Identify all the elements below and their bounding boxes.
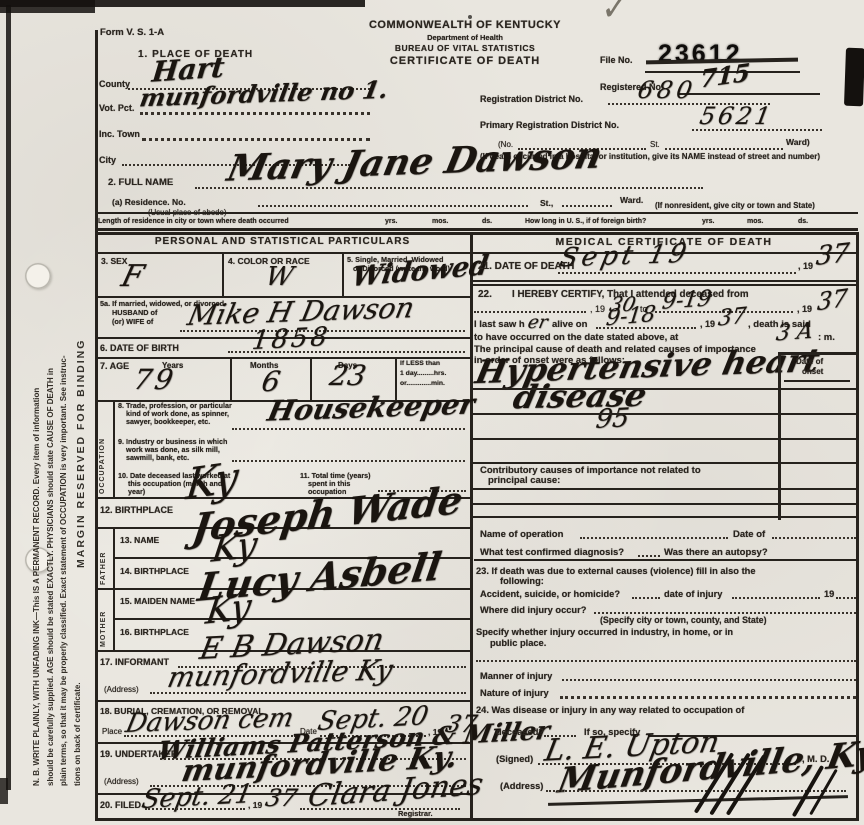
department-subtitle: Department of Health <box>330 34 600 42</box>
death-certificate-scan: ✓ N. B. WRITE PLAINLY, WITH UNFADING INK… <box>0 0 864 825</box>
if-less-line1: If LESS than <box>400 361 440 368</box>
scan-mark-bottom-left <box>0 778 8 804</box>
age-years-divider <box>230 357 232 400</box>
pencil-check-mark: ✓ <box>595 0 631 28</box>
ward-label: Ward) <box>786 138 810 147</box>
father-vertical-label: FATHER <box>100 529 107 585</box>
external-causes-line1: 23. If death was due to external causes … <box>476 567 756 576</box>
margin-note-line1: N. B. WRITE PLAINLY, WITH UNFADING INK—T… <box>30 211 44 786</box>
operation-date-label: Date of <box>733 530 765 540</box>
lastsaw-text2: alive on <box>552 320 587 330</box>
age-days-value: 23 <box>328 362 369 390</box>
dod-year-pre: , 19 <box>798 262 813 271</box>
residence-st-blank <box>562 205 612 207</box>
deceased-label: deceased? <box>496 728 544 737</box>
cause-rule-1 <box>472 388 778 390</box>
filed-year-value: 37 <box>263 786 299 810</box>
margin-note-line2: should be carefully supplied. AGE should… <box>44 211 58 786</box>
inc-town-blank <box>142 138 370 141</box>
registration-district-label: Registration District No. <box>480 95 583 104</box>
cause-rule-2 <box>472 413 778 415</box>
cause-rule-3 <box>472 438 778 440</box>
onset-rule-3 <box>781 438 856 440</box>
row6-bottom <box>95 357 470 359</box>
physician-address-label: (Address) <box>500 782 543 791</box>
registrar-label: Registrar. <box>398 810 433 818</box>
dod-year-value: 37 <box>815 240 851 270</box>
table-top-border <box>95 232 858 235</box>
form-number: Form V. S. 1-A <box>100 28 164 38</box>
street-label: St. <box>650 141 660 149</box>
color-marital-divider <box>342 252 344 296</box>
us-mos-label: mos. <box>747 218 763 225</box>
signed-label: (Signed) <box>496 755 533 764</box>
date-injury-label: date of injury <box>664 590 722 599</box>
injury-19-label: 19 <box>824 590 834 599</box>
onset-label-line1: Date of <box>796 358 823 366</box>
residence-no-blank <box>258 205 528 207</box>
primary-district-value: 5621 <box>698 104 775 128</box>
cause-rule-4 <box>472 462 778 464</box>
registered-no-rule <box>678 93 820 95</box>
county-label: County <box>99 80 130 89</box>
cause-code-value: 95 <box>594 405 630 433</box>
full-name-label: 2. FULL NAME <box>108 178 173 188</box>
mother-maiden-label: 15. MAIDEN NAME <box>120 597 195 606</box>
certify-year-value: 37 <box>816 286 848 315</box>
sex-color-divider <box>222 252 224 296</box>
birthplace-label: 12. BIRTHPLACE <box>100 506 173 515</box>
residence-rule <box>95 212 858 214</box>
last-worked-line3: year) <box>128 488 145 495</box>
trade-blank <box>232 428 465 430</box>
informant-label: 17. INFORMANT <box>100 658 169 667</box>
onset-label-line2: onset <box>802 368 823 376</box>
husband-label-line3: (or) WIFE of <box>112 318 153 325</box>
us-ds-label: ds. <box>798 218 808 225</box>
how-long-us-label: How long in U. S., if of foreign birth? <box>525 218 646 225</box>
industry-blank <box>232 460 465 462</box>
scan-blob-right <box>844 48 864 107</box>
burial-place-label: Place <box>102 728 122 736</box>
dob-blank <box>228 351 465 353</box>
certify-from-year-pre: , 19 <box>590 305 605 314</box>
informant-address-label: (Address) <box>104 686 139 694</box>
length-residence-label: Length of residence in city or town wher… <box>98 218 289 225</box>
where-injury-note: (Specify city or town, county, and State… <box>600 616 767 625</box>
residence-ward-label: Ward. <box>620 196 643 205</box>
margin-binding-label: MARGIN RESERVED FOR BINDING <box>76 288 87 568</box>
operation-blank <box>580 537 728 539</box>
age-label: 7. AGE <box>100 362 129 371</box>
us-yrs-label: yrs. <box>702 218 714 225</box>
filed-label: 20. FILED <box>100 801 141 810</box>
physician-address-blank <box>546 790 846 792</box>
age-years-value: 79 <box>132 366 179 394</box>
occupation-related-line1: 24. Was disease or injury in any way rel… <box>476 706 744 715</box>
lastsaw-blank <box>596 327 696 329</box>
undertaker-address-label: (Address) <box>104 778 139 786</box>
vot-pct-blank <box>140 112 370 115</box>
primary-district-blank <box>692 129 822 131</box>
occupation-strip-divider <box>113 400 115 497</box>
certify-to-date: 9-19 <box>660 288 712 314</box>
row15-bottom <box>113 618 470 620</box>
father-name-label: 13. NAME <box>120 536 159 545</box>
informant-address-blank <box>150 692 466 694</box>
mother-vertical-label: MOTHER <box>100 591 107 647</box>
table-bottom-border <box>95 818 858 821</box>
registrar-blank <box>300 808 460 810</box>
external-causes-line2: following: <box>500 577 544 586</box>
industry-label-line3: sawmill, bank, etc. <box>126 454 189 461</box>
dob-value: 1858 <box>250 324 331 354</box>
mother-birthplace-value: Ky <box>204 589 254 630</box>
table-top-rule <box>95 228 858 231</box>
operation-date-blank <box>772 537 856 539</box>
scan-edge-left <box>6 5 11 790</box>
color-race-value: W <box>263 264 295 290</box>
length-mos-label: mos. <box>432 218 448 225</box>
nonresident-note: (If nonresident, give city or town and S… <box>655 202 815 210</box>
manner-injury-label: Manner of injury <box>480 672 552 681</box>
onset-rule-1 <box>781 388 856 390</box>
lastsaw-her: er <box>526 314 549 332</box>
manner-injury-blank <box>562 679 856 681</box>
date-injury-blank <box>732 597 820 599</box>
contrib-rule-1 <box>472 488 856 490</box>
specify-blank <box>476 660 856 662</box>
operation-label: Name of operation <box>480 530 563 540</box>
if-less-line2: 1 day.........hrs. <box>400 371 446 378</box>
certify-year-pre: , 19 <box>797 305 812 314</box>
onset-underline <box>784 380 850 382</box>
row21-double-rule-b <box>470 284 858 286</box>
residence-label: (a) Residence. No. <box>112 198 186 207</box>
accident-label: Accident, suicide, or homicide? <box>480 590 620 599</box>
contributory-line2: principal cause: <box>488 476 560 486</box>
margin-note-line3: plain terms, so that it may be properly … <box>57 211 71 786</box>
row21-double-rule-a <box>470 280 858 282</box>
test-label: What test confirmed diagnosis? <box>480 548 624 558</box>
form-left-border <box>95 30 98 821</box>
injury-19-blank <box>836 597 856 599</box>
primary-district-label: Primary Registration District No. <box>480 121 619 130</box>
specify-line2: public place. <box>490 639 546 648</box>
lastsaw-year-pre: , 19 <box>700 320 715 329</box>
residence-st-label: St., <box>540 199 553 208</box>
scan-edge-top-corner <box>0 0 95 13</box>
date-of-death-blank <box>558 272 796 274</box>
test-blank <box>638 555 660 557</box>
street-blank <box>665 148 783 150</box>
full-name-blank <box>195 187 703 189</box>
vot-pct-label: Vot. Pct. <box>99 104 134 113</box>
accident-blank <box>632 597 660 599</box>
item22-number: 22. <box>478 290 492 300</box>
mother-birthplace-label: 16. BIRTHPLACE <box>120 628 189 637</box>
trade-label-line3: sawyer, bookkeeper, etc. <box>126 418 210 425</box>
contrib-rule-2 <box>472 503 856 505</box>
if-less-line3: or.............min. <box>400 381 445 388</box>
onset-box-top <box>778 352 856 355</box>
birthplace-value: Ky <box>184 456 240 506</box>
husband-label-line2: HUSBAND of <box>112 309 157 316</box>
sex-value: F <box>118 262 146 292</box>
registered-no-value: 715 <box>699 60 750 91</box>
specify-line1: Specify whether injury occurred in indus… <box>476 628 733 637</box>
trade-value: Housekeeper <box>265 390 477 425</box>
length-yrs-label: yrs. <box>385 218 397 225</box>
occupation-vertical-label: OCCUPATION <box>99 399 106 494</box>
city-label: City <box>99 156 116 165</box>
where-injury-label: Where did injury occur? <box>480 606 586 615</box>
form-right-border <box>856 232 859 821</box>
registration-district-value: 680 <box>636 78 698 102</box>
vot-pct-value: munfordville no 1. <box>138 78 390 111</box>
sex-label: 3. SEX <box>101 257 127 266</box>
informant-address-value: munfordville Ky <box>165 656 395 692</box>
nature-injury-blank <box>560 696 856 699</box>
autopsy-rule <box>474 559 856 561</box>
father-birthplace-label: 14. BIRTHPLACE <box>120 567 189 576</box>
onset-rule-4 <box>781 462 856 464</box>
nature-injury-label: Nature of injury <box>480 689 549 698</box>
occurred-text: to have occurred on the date stated abov… <box>474 333 678 343</box>
filed-date-blank <box>145 808 245 810</box>
contrib-rule-3 <box>472 516 856 518</box>
length-ds-label: ds. <box>482 218 492 225</box>
lastsaw-text1: I last saw h <box>474 320 525 330</box>
personal-section-title: PERSONAL AND STATISTICAL PARTICULARS <box>95 237 470 247</box>
lastsaw-year: 37 <box>717 305 747 330</box>
where-injury-blank <box>594 612 856 614</box>
onset-box-left <box>778 352 781 520</box>
inc-town-label: Inc. Town <box>99 130 140 139</box>
bureau-subtitle: BUREAU OF VITAL STATISTICS <box>330 44 600 53</box>
date-of-death-value: Sept 19 <box>557 241 692 272</box>
dob-label: 6. DATE OF BIRTH <box>100 344 179 353</box>
onset-rule-2 <box>781 413 856 415</box>
file-no-label: File No. <box>600 56 633 65</box>
certificate-title: CERTIFICATE OF DEATH <box>330 56 600 67</box>
commonwealth-title: COMMONWEALTH OF KENTUCKY <box>330 20 600 31</box>
filed-year-pre: , 19 <box>248 801 262 810</box>
autopsy-label: Was there an autopsy? <box>664 548 768 558</box>
age-months-value: 6 <box>260 368 283 396</box>
full-name-value: Mary Jane Dawson <box>224 137 605 186</box>
